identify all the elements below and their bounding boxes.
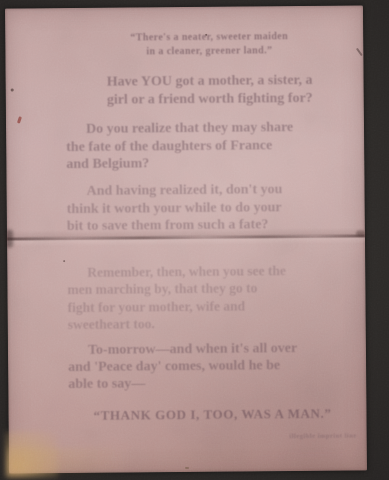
scan-photo: “There's a neater, sweeter maiden in a c… [0,0,389,480]
crease-edge-mark-left [6,230,13,248]
red-ink-speck [17,116,22,124]
ghost-paragraph-2: Do you realize that they may share the f… [66,119,354,174]
dust-speck [11,88,14,91]
ghost-headline: “THANK GOD I, TOO, WAS A MAN.” [68,405,356,425]
ghost-line: able to say— [68,374,356,394]
ghost-quote: “There's a neater, sweeter maiden in a c… [65,30,353,60]
ghost-paragraph-5: To-morrow—and when it's all over and 'Pe… [68,340,356,394]
dust-speck [205,34,207,36]
ghost-line: illegible imprint line [69,433,357,444]
bottom-edge-stain [9,448,129,474]
ghost-imprint: illegible imprint line [69,432,379,443]
pen-mark [356,48,363,56]
ghost-line: and Belgium? [66,154,354,174]
ghost-line: “THANK GOD I, TOO, WAS A MAN.” [68,405,356,425]
ghost-paragraph-1: Have YOU got a mother, a sister, a girl … [66,72,354,111]
ghost-paragraph-4: Remember, then, when you see the men mar… [67,262,356,334]
ghost-line: sweetheart too. [68,313,356,333]
crease-edge-mark-right [356,230,365,236]
dust-speck [63,260,65,262]
leaflet-page: “There's a neater, sweeter maiden in a c… [5,5,367,473]
ghost-line: in a cleaner, greener land.” [65,43,353,59]
ghost-line: girl or a friend worth fighting for? [66,90,354,111]
dust-speck [185,467,189,469]
